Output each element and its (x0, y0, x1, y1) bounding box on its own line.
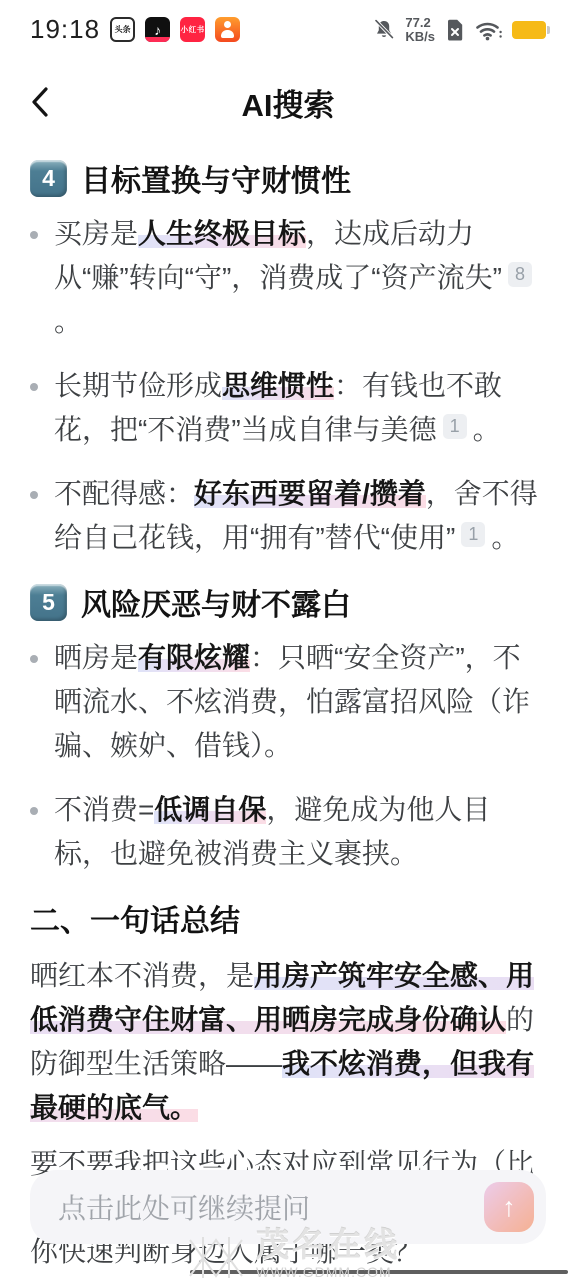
section-title: 风险厌恶与财不露白 (81, 580, 351, 624)
network-speed-unit: KB/s (405, 29, 435, 44)
bullet-text: 不配得感：好东西要留着/攒着，舍不得给自己花钱，用“拥有”替代“使用”1。 (54, 472, 546, 560)
bullet-dot-icon (30, 491, 38, 499)
douyin-red-strip (145, 37, 170, 42)
section-heading-5: 5 风险厌恶与财不露白 (30, 580, 546, 624)
back-button[interactable] (30, 84, 60, 120)
bullet-dot-icon (30, 807, 38, 815)
mute-bell-icon (372, 18, 396, 42)
text-segment: 买房是 (54, 218, 138, 249)
status-bar: 19:18 头条 ♪ 小红书 77.2 KB/s (0, 0, 576, 56)
highlighted-text: 人生终极目标 (138, 218, 306, 249)
section-title: 目标置换与守财惯性 (81, 156, 351, 200)
text-segment: 长期节俭形成 (54, 370, 222, 401)
network-speed: 77.2 KB/s (405, 16, 435, 43)
text-segment: 不消费= (54, 794, 154, 825)
bullet-text: 买房是人生终极目标，达成后动力从“赚”转向“守”，消费成了“资产流失”8。 (54, 212, 546, 344)
section-number-badge: 5 (30, 584, 67, 621)
answer-content: 4 目标置换与守财惯性 买房是人生终极目标，达成后动力从“赚”转向“守”，消费成… (0, 148, 576, 1274)
bullet-dot-icon (30, 655, 38, 663)
battery-tip (547, 26, 550, 34)
text-segment: 。 (491, 522, 519, 553)
app-notification-icon (215, 17, 240, 42)
citation-badge[interactable]: 1 (461, 522, 485, 547)
wifi-icon (475, 19, 503, 41)
bullet-text: 不消费=低调自保，避免成为他人目标，也避免被消费主义裹挟。 (54, 788, 546, 876)
music-note-glyph: ♪ (154, 22, 161, 38)
bullet-item: 长期节俭形成思维惯性：有钱也不敢花，把“不消费”当成自律与美德1。 (30, 364, 546, 452)
home-indicator-bar[interactable] (190, 1270, 568, 1274)
page-title: AI搜索 (242, 80, 335, 125)
bullet-item: 买房是人生终极目标，达成后动力从“赚”转向“守”，消费成了“资产流失”8。 (30, 212, 546, 344)
citation-badge[interactable]: 8 (508, 262, 532, 287)
chevron-left-icon (30, 86, 50, 118)
bullet-dot-icon (30, 231, 38, 239)
bullet-dot-icon (30, 383, 38, 391)
text-segment: 不配得感： (54, 478, 194, 509)
icon-figure-body (221, 30, 234, 38)
highlighted-text: 思维惯性 (222, 370, 334, 401)
highlighted-text: 低调自保 (154, 794, 266, 825)
xiaohongshu-notification-icon: 小红书 (180, 17, 205, 42)
highlighted-text: 好东西要留着/攒着 (194, 478, 426, 509)
no-sim-icon (444, 18, 466, 42)
clock: 19:18 (30, 14, 100, 45)
app-header: AI搜索 (0, 56, 576, 148)
bullet-item: 不消费=低调自保，避免成为他人目标，也避免被消费主义裹挟。 (30, 788, 546, 876)
citation-badge[interactable]: 1 (443, 414, 467, 439)
highlighted-text: 有限炫耀 (138, 642, 250, 673)
bullet-text: 长期节俭形成思维惯性：有钱也不敢花，把“不消费”当成自律与美德1。 (54, 364, 546, 452)
text-segment: 。 (473, 414, 501, 445)
text-segment: 晒房是 (54, 642, 138, 673)
summary-heading: 二、一句话总结 (30, 896, 546, 940)
section-number-badge: 4 (30, 160, 67, 197)
bullet-item: 不配得感：好东西要留着/攒着，舍不得给自己花钱，用“拥有”替代“使用”1。 (30, 472, 546, 560)
icon-figure-head (224, 21, 231, 28)
summary-paragraph: 晒红本不消费，是用房产筑牢安全感、用低消费守住财富、用晒房完成身份确认的防御型生… (30, 954, 546, 1130)
douyin-notification-icon: ♪ (145, 17, 170, 42)
ask-input-placeholder: 点击此处可继续提问 (58, 1187, 484, 1227)
toutiao-notification-icon: 头条 (110, 17, 135, 42)
ask-input-bar[interactable]: 点击此处可继续提问 ↑ (30, 1170, 546, 1244)
send-button[interactable]: ↑ (484, 1182, 534, 1232)
bullet-text: 晒房是有限炫耀：只晒“安全资产”，不晒流水、不炫消费，怕露富招风险（诈骗、嫉妒、… (54, 636, 546, 768)
section-heading-4: 4 目标置换与守财惯性 (30, 156, 546, 200)
arrow-up-icon: ↑ (502, 1192, 516, 1223)
text-segment: 。 (54, 306, 82, 337)
bullet-item: 晒房是有限炫耀：只晒“安全资产”，不晒流水、不炫消费，怕露富招风险（诈骗、嫉妒、… (30, 636, 546, 768)
text-segment: 晒红本不消费，是 (30, 960, 254, 991)
battery-icon (512, 21, 546, 39)
